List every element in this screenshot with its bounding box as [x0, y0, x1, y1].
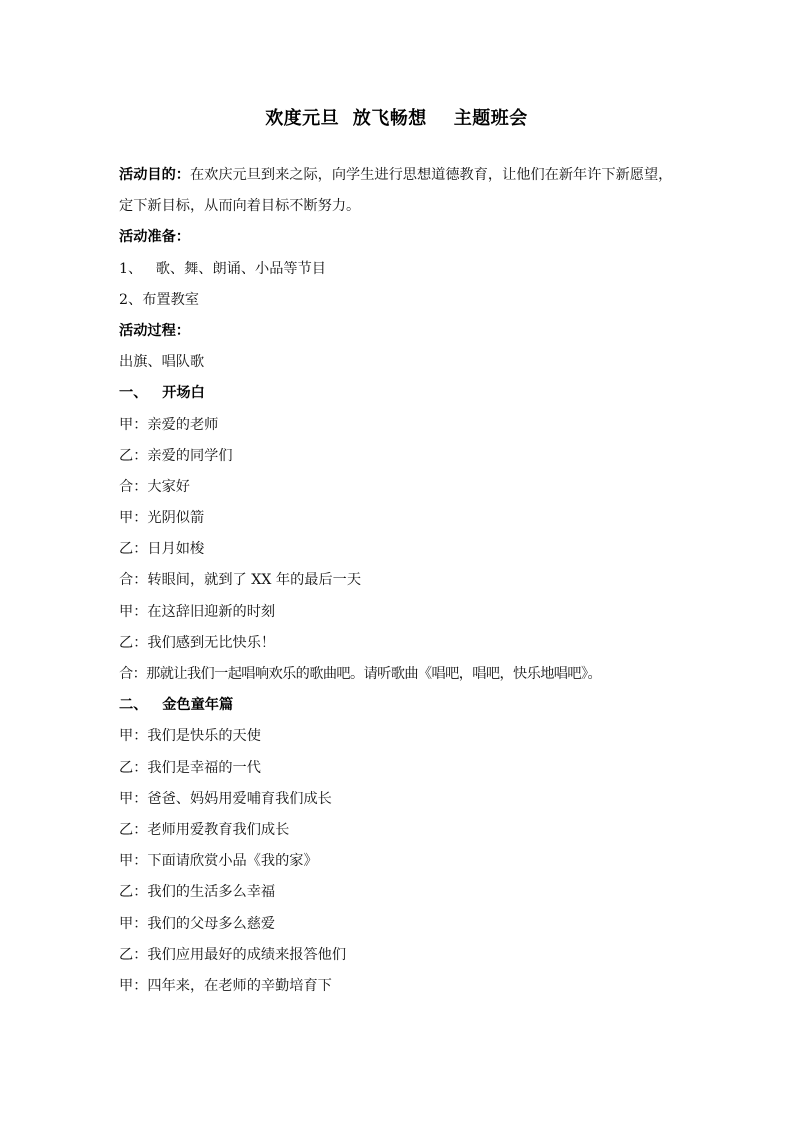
- dialogue-line: 甲：在这辞旧迎新的时刻: [119, 597, 679, 628]
- dialogue-line: 乙：我们感到无比快乐！: [119, 628, 679, 659]
- process-intro: 出旗、唱队歌: [119, 347, 679, 378]
- section-heading: 一、 开场白: [119, 378, 679, 409]
- preparation-item: 2、布置教室: [119, 285, 679, 316]
- preparation-label: 活动准备：: [119, 222, 679, 253]
- process-label: 活动过程：: [119, 316, 679, 347]
- preparation-item: 1、 歌、舞、朗诵、小品等节目: [119, 254, 679, 285]
- dialogue-line: 甲：我们的父母多么慈爱: [119, 909, 679, 940]
- dialogue-line: 乙：我们的生活多么幸福: [119, 877, 679, 908]
- dialogue-line: 合：转眼间，就到了 XX 年的最后一天: [119, 565, 679, 596]
- purpose-text: 在欢庆元旦到来之际，向学生进行思想道德教育，让他们在新年许下新愿望，定下新目标，…: [119, 167, 672, 214]
- document-title: 欢度元旦 放飞畅想 主题班会: [0, 104, 793, 130]
- dialogue-line: 乙：日月如梭: [119, 534, 679, 565]
- dialogue-line: 乙：我们是幸福的一代: [119, 753, 679, 784]
- document-page: 欢度元旦 放飞畅想 主题班会 活动目的：在欢庆元旦到来之际，向学生进行思想道德教…: [0, 0, 793, 1122]
- dialogue-line: 甲：光阴似箭: [119, 503, 679, 534]
- dialogue-line: 甲：下面请欣赏小品《我的家》: [119, 846, 679, 877]
- section-heading: 二、 金色童年篇: [119, 690, 679, 721]
- document-body: 活动目的：在欢庆元旦到来之际，向学生进行思想道德教育，让他们在新年许下新愿望，定…: [119, 160, 679, 1002]
- dialogue-line: 乙：老师用爱教育我们成长: [119, 815, 679, 846]
- dialogue-line: 乙：我们应用最好的成绩来报答他们: [119, 940, 679, 971]
- dialogue-line: 甲：四年来，在老师的辛勤培育下: [119, 971, 679, 1002]
- dialogue-line: 甲：爸爸、妈妈用爱哺育我们成长: [119, 784, 679, 815]
- purpose-paragraph: 活动目的：在欢庆元旦到来之际，向学生进行思想道德教育，让他们在新年许下新愿望，定…: [119, 160, 679, 222]
- dialogue-line: 甲：亲爱的老师: [119, 410, 679, 441]
- dialogue-line: 合：大家好: [119, 472, 679, 503]
- purpose-label: 活动目的：: [119, 167, 190, 183]
- dialogue-line: 合：那就让我们一起唱响欢乐的歌曲吧。请听歌曲《唱吧，唱吧，快乐地唱吧》。: [119, 659, 679, 690]
- dialogue-line: 乙：亲爱的同学们: [119, 441, 679, 472]
- dialogue-line: 甲：我们是快乐的天使: [119, 721, 679, 752]
